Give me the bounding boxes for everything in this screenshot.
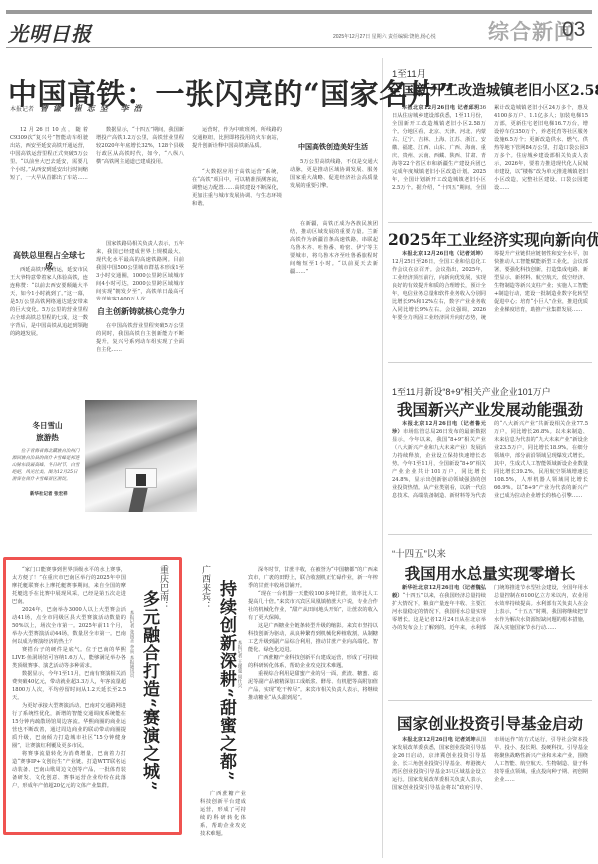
snow-mountain-photo[interactable] (85, 400, 197, 512)
story2-title[interactable]: 2025年工业经济实现向新向优发展 (388, 228, 592, 250)
story2-dateline: 本报北京12月26日电（记者刘坤） (402, 251, 486, 257)
lead-col-1: 12月26日10点，随着C9309次“复兴号”智能动车组驶出站，西安至延安高铁开… (10, 126, 88, 246)
tunnel-opening (136, 474, 146, 486)
guangxi-para-1: 深冬时节，甘蔗丰收，在被誉为“中国糖都”的广西来宾市，广袤的田野上，联合收割机正… (248, 566, 378, 590)
byline-names: 曾谦 崔志坚 李浩 (40, 103, 147, 113)
story-divider (388, 362, 592, 363)
top-rule (6, 10, 592, 14)
guangxi-story-lead: 广西蔗糖产业科技创新平台建成运营，形成了可持续的科研转化体系，帮助企业攻克技术难… (200, 790, 246, 858)
mountain-ridge (85, 400, 197, 440)
lead-col-3b: “大数据应用于高铁运营”系统，在“高铁”项目中，可以精准预测客流，调整运力配置…… (192, 168, 282, 392)
lead-col-4: 5万公里高铁线路，不仅是交通大动脉，更是推动区域协调发展、服务国家重大战略、促进… (290, 158, 378, 218)
newspaper-masthead: 光明日报 (8, 18, 92, 47)
photo-title-line-1: 冬日雪山 (20, 420, 75, 432)
guangxi-para-4: 广西蔗糖产业科技创新平台建成运营，形成了可持续的科研转化体系，帮助企业攻克技术难… (248, 654, 378, 670)
guangxi-story-body: 深冬时节，甘蔗丰收，在被誉为“中国糖都”的广西来宾市，广袤的田野上，联合收割机正… (248, 566, 378, 858)
story3-title[interactable]: 我国新兴产业发展动能强劲 (388, 398, 592, 420)
story5-text: 从国家发展改革委获悉，国家创业投资引导基金26日启动，京津冀创业投资引导基金、长… (392, 737, 588, 791)
story4-kicker: “十四五”以来 (392, 546, 446, 560)
story-divider (388, 534, 592, 535)
story3-kicker: 1至11月新设“8+9”相关产业企业101万户 (392, 385, 551, 398)
story5-body: 本报北京12月26日电 记者刘坤从国家发展改革委获悉，国家创业投资引导基金26日… (392, 736, 588, 856)
chongqing-para-6: 将赛事流量转化为消费增量，巴南着力打造“赛事IP+文创衍生”产业链。打造WTT联… (12, 750, 126, 790)
story1-body: 本报北京12月26日电 记者邱玥36日从住房城乡建设部获悉，1至11月份，全国新… (392, 104, 588, 212)
page-number: 03 (562, 18, 585, 42)
column-divider (382, 58, 383, 858)
photo-title-line-2: 旅游热 (20, 432, 75, 444)
story-divider (388, 222, 592, 223)
lead-subhead-2: 自主创新铸就核心竞争力 (96, 306, 186, 317)
lead-col-3: 运营时，作为中欧班列、所线路的交通枢纽，比照即将投用的火车南站，提升创新诠释中国… (192, 126, 282, 166)
chongqing-title[interactable]: 多元融合打造“赛演之城” (137, 590, 162, 792)
story5-title[interactable]: 国家创业投资引导基金启动 (388, 712, 592, 734)
dateline: 2025年12月27日 星期六 责任编辑:饶艳,杨心悦 (333, 33, 436, 40)
story3-text: 市场监管总局26日发布的最新数据显示，今年以来，我国“8+9”相关产业（八大新兴… (392, 421, 588, 499)
story3-body: 本报北京12月26日电（记者鲁元珍）市场监管总局26日发布的最新数据显示，今年以… (392, 420, 588, 524)
photo-feature-title: 冬日雪山 旅游热 (20, 420, 75, 444)
guangxi-kicker: 广西来宾： (200, 565, 213, 610)
lead-col-2b: 国家铁路局相关负责人表示，五年来，我国已经建成世界上规模最大、现代化水平最高的高… (96, 240, 184, 300)
guangxi-para-3: 这是广西糖业全链条转型升级的缩影。来宾市坚持以科技创新为驱动，从良种繁育到机械化… (248, 622, 378, 654)
chongqing-para-1: “家门口能赛事到世界顶级水平的水上赛事，太方便了！”在重庆市巴南区举行的2025… (12, 566, 126, 606)
story1-dateline: 本报北京12月26日电 记者邱玥 (402, 105, 479, 111)
chongqing-para-4: 数据显示，今年1至11月，巴南有赛演相关消费突破40亿元，带动就业超3.3万人，… (12, 670, 126, 702)
chongqing-story-body: “家门口能赛事到世界顶级水平的水上赛事，太方便了！”在重庆市巴南区举行的2025… (12, 566, 126, 824)
story4-text: “十四五”以来，在我国经济总量持续扩大情况下，粮食产量连年丰收、主要江河水量稳定… (392, 585, 588, 631)
story-divider (388, 700, 592, 701)
story1-kicker: 1至11月 (392, 66, 426, 80)
story4-title[interactable]: 我国用水总量实现零增长 (388, 562, 592, 584)
story4-body: 新华社北京12月26日电（记者魏弘毅）“十四五”以来，在我国经济总量持续扩大情况… (392, 584, 588, 688)
chongqing-para-2: 2024年，巴南举办3000人以上大型赛会活动41场，点全市同级区县大型赛演活动… (12, 606, 126, 646)
guangxi-para-5: 重视综合利用是甜蜜产业的另一面，蔗渣、糖蜜、滤泥等副产品被精深加工成纸浆、酵母、… (248, 670, 378, 702)
chongqing-para-3: 赛搭台子的硬件是底气。位于巴南的华熙LIVE·鱼洞场馆可容纳1.6万人，能够满足… (12, 646, 126, 670)
lead-col-2: 数据显示，“十四五”期间，我国新增投产高铁1.2万公里，高铁营业里程较2020年… (96, 126, 184, 238)
header-rule (6, 47, 592, 48)
photo-caption: 位于青海省海北藏族自治州门源回族自治县的岗什卡雪峰是祁连山脉东段最高峰，冬日时节… (12, 448, 80, 483)
story2-text: 12月25日至26日，全国工业和信息化工作会议在京召开。会议指出，2025年，工… (392, 251, 588, 321)
story1-title[interactable]: 全国新开工改造城镇老旧小区2.58万个 (388, 80, 592, 100)
byline-label: 本报记者 (10, 106, 34, 113)
lead-col-2c: 在中国高铁营业里程突破5万公里的同时，我国高铁自主创新能力不断提升，复兴号系列动… (96, 322, 184, 394)
chongqing-para-5: 为更好承接大型赛演活动，巴南对交通路网进行了系统性优化，新增的智能交通调度系统能… (12, 702, 126, 750)
story1-text: 36日从住房城乡建设部获悉，1至11月份，全国新开工改造城镇老旧小区2.58万个… (392, 105, 588, 191)
story2-body: 本报北京12月26日电（记者刘坤）12月25日至26日，全国工业和信息化工作会议… (392, 250, 588, 354)
lead-col-4b: 在新疆，高铁正成为各族民族团结，推动区域发展的重要力量。兰新高铁作为新疆首条高速… (290, 220, 378, 392)
chongqing-byline: 本报记者 张国圣 李寅 本报通讯员 (128, 610, 134, 677)
lead-col-4-subhead: 中国高铁创造美好生活 (288, 142, 378, 152)
photo-credit: 新华社记者 张宏祥 (30, 491, 68, 497)
story5-dateline: 本报北京12月26日电 记者刘坤 (402, 737, 476, 743)
guangxi-para-2: “现在一台机器一天能收100多吨甘蔗，效率比人工提高几十倍。”来宾市兴宾区凤凰镇… (248, 590, 378, 622)
lead-col-1b: 西延高铁开通营运，延安市民王大爷特意带着家人体验高铁，连连称赞：“以前去西安要颠… (10, 266, 88, 394)
lead-story-byline: 本报记者曾谦 崔志坚 李浩 (10, 103, 147, 114)
guangxi-byline: 本报记者 王瑾曼 周仕兴 (236, 640, 242, 688)
